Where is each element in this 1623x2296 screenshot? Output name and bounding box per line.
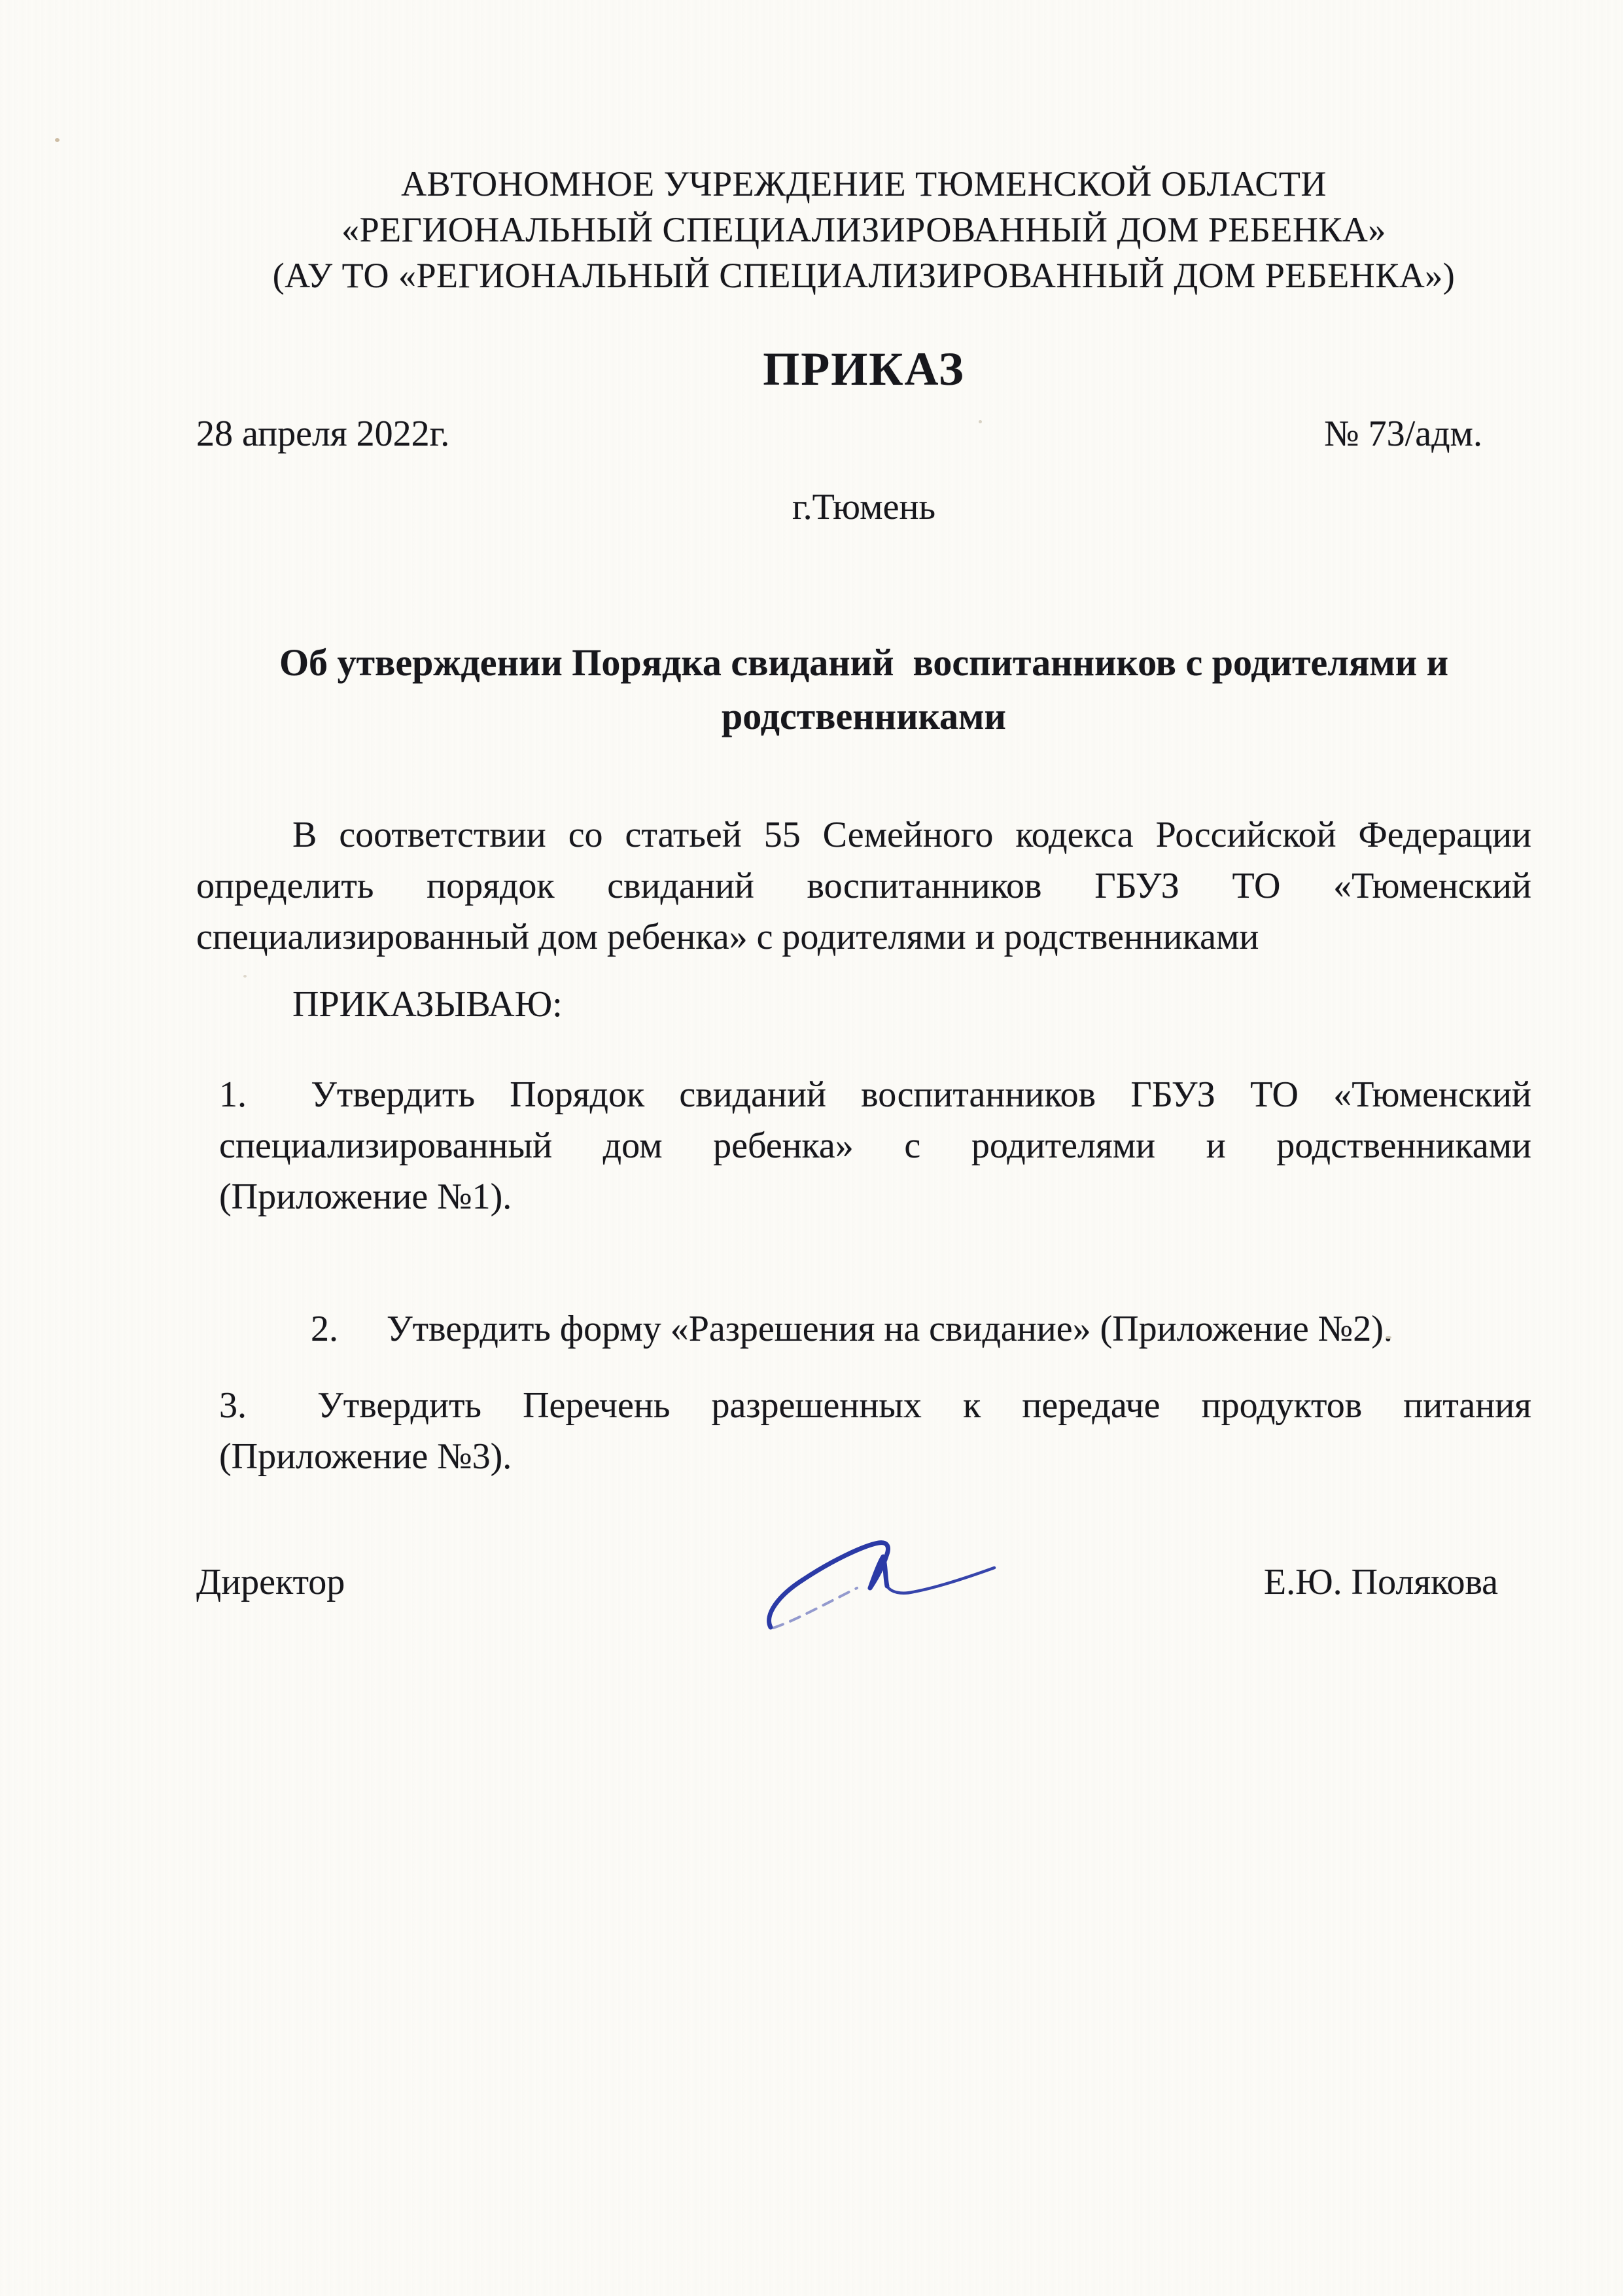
subject-line: родственниками xyxy=(196,690,1531,743)
order-item-3: 3.УтвердитьПереченьразрешенныхкпередачеп… xyxy=(219,1380,1531,1482)
paper-speck xyxy=(243,975,247,978)
paragraph-line: определитьпорядоксвиданийвоспитанниковГБ… xyxy=(196,860,1531,911)
signature-ink xyxy=(759,1525,1021,1655)
subject-heading: Об утверждении Порядка свиданий воспитан… xyxy=(196,636,1531,743)
subject-line: Об утверждении Порядка свиданий воспитан… xyxy=(196,636,1531,690)
org-name: АВТОНОМНОЕ УЧРЕЖДЕНИЕ ТЮМЕНСКОЙ ОБЛАСТИ … xyxy=(196,161,1531,298)
item-number: 2. xyxy=(311,1303,387,1354)
org-name-line: АВТОНОМНОЕ УЧРЕЖДЕНИЕ ТЮМЕНСКОЙ ОБЛАСТИ xyxy=(196,161,1531,207)
order-item-1: 1.УтвердитьПорядоксвиданийвоспитанниковГ… xyxy=(219,1069,1531,1222)
city: г.Тюмень xyxy=(196,484,1531,530)
paragraph-line: специализированный дом ребенка» с родите… xyxy=(196,911,1531,963)
order-number: № 73/адм. xyxy=(1324,411,1531,457)
order-date: 28 апреля 2022г. xyxy=(196,411,449,457)
order-item-2: 2.Утвердить форму «Разрешения на свидани… xyxy=(219,1252,1531,1303)
paper-speck xyxy=(55,138,60,142)
signatory-name: Е.Ю. Полякова xyxy=(1264,1557,1531,1608)
org-name-line: (АУ ТО «РЕГИОНАЛЬНЫЙ СПЕЦИАЛИЗИРОВАННЫЙ … xyxy=(196,253,1531,298)
item-text: Утвердить форму «Разрешения на свидание»… xyxy=(387,1309,1393,1349)
item-line: (Приложение №1). xyxy=(219,1171,1531,1222)
signature-position: Директор xyxy=(196,1557,345,1608)
item-line: 1.УтвердитьПорядоксвиданийвоспитанниковГ… xyxy=(219,1069,1531,1120)
order-items: 1.УтвердитьПорядоксвиданийвоспитанниковГ… xyxy=(196,1069,1531,1482)
preamble-paragraph: Всоответствиисостатьей55Семейногокодекса… xyxy=(196,809,1531,963)
org-name-line: «РЕГИОНАЛЬНЫЙ СПЕЦИАЛИЗИРОВАННЫЙ ДОМ РЕБ… xyxy=(196,207,1531,253)
paragraph-line: Всоответствиисостатьей55Семейногокодекса… xyxy=(196,809,1531,860)
paper-speck xyxy=(979,420,982,423)
item-line: специализированныйдомребенка»сродителями… xyxy=(219,1120,1531,1171)
paper-speck xyxy=(1386,1336,1391,1339)
doc-type-heading: ПРИКАЗ xyxy=(196,343,1531,395)
item-line: 3.УтвердитьПереченьразрешенныхкпередачеп… xyxy=(219,1380,1531,1431)
date-number-row: 28 апреля 2022г. № 73/адм. xyxy=(196,411,1531,457)
scanned-order-page: АВТОНОМНОЕ УЧРЕЖДЕНИЕ ТЮМЕНСКОЙ ОБЛАСТИ … xyxy=(0,0,1623,2296)
item-line: (Приложение №3). xyxy=(219,1431,1531,1482)
resolution-word: ПРИКАЗЫВАЮ: xyxy=(196,979,1531,1030)
document-content: АВТОНОМНОЕ УЧРЕЖДЕНИЕ ТЮМЕНСКОЙ ОБЛАСТИ … xyxy=(196,0,1531,1608)
